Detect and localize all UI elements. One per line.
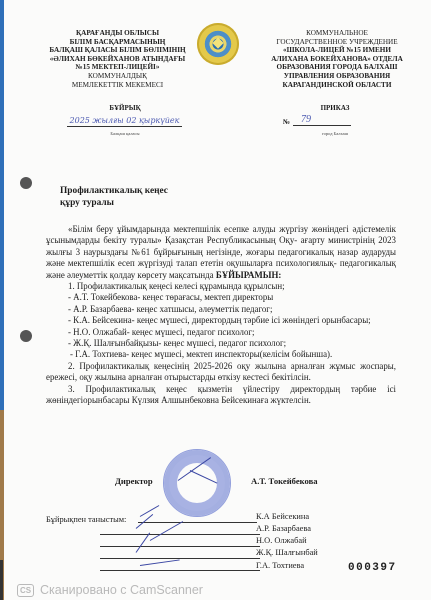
header-ru-line: «ШКОЛА-ЛИЦЕЙ №15 ИМЕНИ	[262, 46, 412, 55]
subject-line: құру туралы	[60, 197, 168, 209]
header-kz-line: КОММУНАЛДЫҚ	[40, 72, 195, 81]
header-ru-line: АЛИХАНА БОКЕЙХАНОВА» ОТДЕЛА	[262, 55, 412, 64]
member-line: - А.Т. Токейбекова- кеңес төрағасы, мект…	[46, 292, 396, 303]
order-number-handwritten: 79	[293, 114, 351, 126]
serial-number: 000397	[348, 562, 397, 574]
document-page: ҚАРАҒАНДЫ ОБЛЫСЫ БІЛІМ БАСҚАРМАСЫНЫҢ БАЛ…	[0, 0, 431, 600]
signature-line	[100, 558, 260, 571]
header-ru-line: УПРАВЛЕНИЯ ОБРАЗОВАНИЯ	[262, 72, 412, 81]
header-ru-line: ОБРАЗОВАНИЯ ГОРОДА БАЛХАШ	[262, 63, 412, 72]
header-kz: ҚАРАҒАНДЫ ОБЛЫСЫ БІЛІМ БАСҚАРМАСЫНЫҢ БАЛ…	[40, 29, 195, 89]
acknowledgement-name: Ж.Қ. Шалғынбай	[256, 548, 318, 557]
header-ru-line: ГОСУДАРСТВЕННОЕ УЧРЕЖДЕНИЕ	[262, 38, 412, 47]
item-1: 1. Профилактикалық кеңесі келесі құрамын…	[46, 281, 396, 292]
header-kz-line: БАЛҚАШ ҚАЛАСЫ БІЛІМ БӨЛІМІНІҢ	[40, 46, 195, 55]
state-emblem-icon	[197, 23, 239, 65]
acknowledgement-name: Г.А. Тохтиева	[256, 561, 304, 570]
header-kz-line: ҚАРАҒАНДЫ ОБЛЫСЫ	[40, 29, 195, 38]
order-title-kz: БҰЙРЫҚ	[80, 104, 170, 112]
acknowledgement-name: Н.О. Олжабай	[256, 536, 307, 545]
camscanner-logo-icon: CS	[17, 584, 34, 597]
official-stamp	[163, 449, 231, 517]
member-line: - А.Р. Базарбаева- кеңес хатшысы, әлеуме…	[46, 304, 396, 315]
order-number-label: №	[283, 118, 290, 126]
order-date-handwritten: 2025 жылғы 02 қыркүйек	[67, 116, 182, 127]
order-place-ru: город Балхаш	[315, 131, 355, 136]
order-place-kz: Балқаш қаласы	[95, 131, 155, 136]
decree-word: БҰЙЫРАМЫН:	[216, 270, 282, 280]
member-line: - Г.А. Тохтиева- кеңес мүшесі, мектеп ин…	[46, 349, 396, 360]
preamble-paragraph: «Білім беру ұйымдарында мектепшілік есеп…	[46, 224, 396, 281]
acknowledgement-name: А.Р. Базарбаева	[256, 524, 311, 533]
header-ru: КОММУНАЛЬНОЕ ГОСУДАРСТВЕННОЕ УЧРЕЖДЕНИЕ …	[262, 29, 412, 89]
header-ru-line: КАРАГАНДИНСКОЙ ОБЛАСТИ	[262, 81, 412, 90]
director-name: А.Т. Токейбекова	[251, 476, 318, 486]
subject-line: Профилактикалық кеңес	[60, 185, 168, 197]
member-line: - Н.О. Олжабай- кеңес мүшесі, педагог пс…	[46, 327, 396, 338]
item-2: 2. Профилактикалық кеңесінің 2025-2026 о…	[46, 361, 396, 384]
director-title: Директор	[115, 476, 153, 486]
acknowledgement-name: К.А Бейсекина	[256, 512, 309, 521]
camscanner-watermark: CS Сканировано с CamScanner	[17, 583, 203, 597]
member-line: - К.А. Бейсекина- кеңес мүшесі, директор…	[46, 315, 396, 326]
order-title-ru: ПРИКАЗ	[310, 104, 360, 112]
order-body: «Білім беру ұйымдарында мектепшілік есеп…	[46, 224, 396, 407]
header-kz-line: МЕМЛЕКЕТТІК МЕКЕМЕСІ	[40, 81, 195, 90]
header-kz-line: №15 МЕКТЕП-ЛИЦЕЙІ»	[40, 63, 195, 72]
header-kz-line: БІЛІМ БАСҚАРМАСЫНЫҢ	[40, 38, 195, 47]
item-3: 3. Профилактикалық кеңес қызметін үйлест…	[46, 384, 396, 407]
header-ru-line: КОММУНАЛЬНОЕ	[262, 29, 412, 38]
order-subject: Профилактикалық кеңес құру туралы	[60, 185, 168, 209]
member-line: - Ж.Қ. Шалғынбайқызы- кеңес мүшесі, педа…	[46, 338, 396, 349]
watermark-text: Сканировано с CamScanner	[40, 583, 203, 597]
